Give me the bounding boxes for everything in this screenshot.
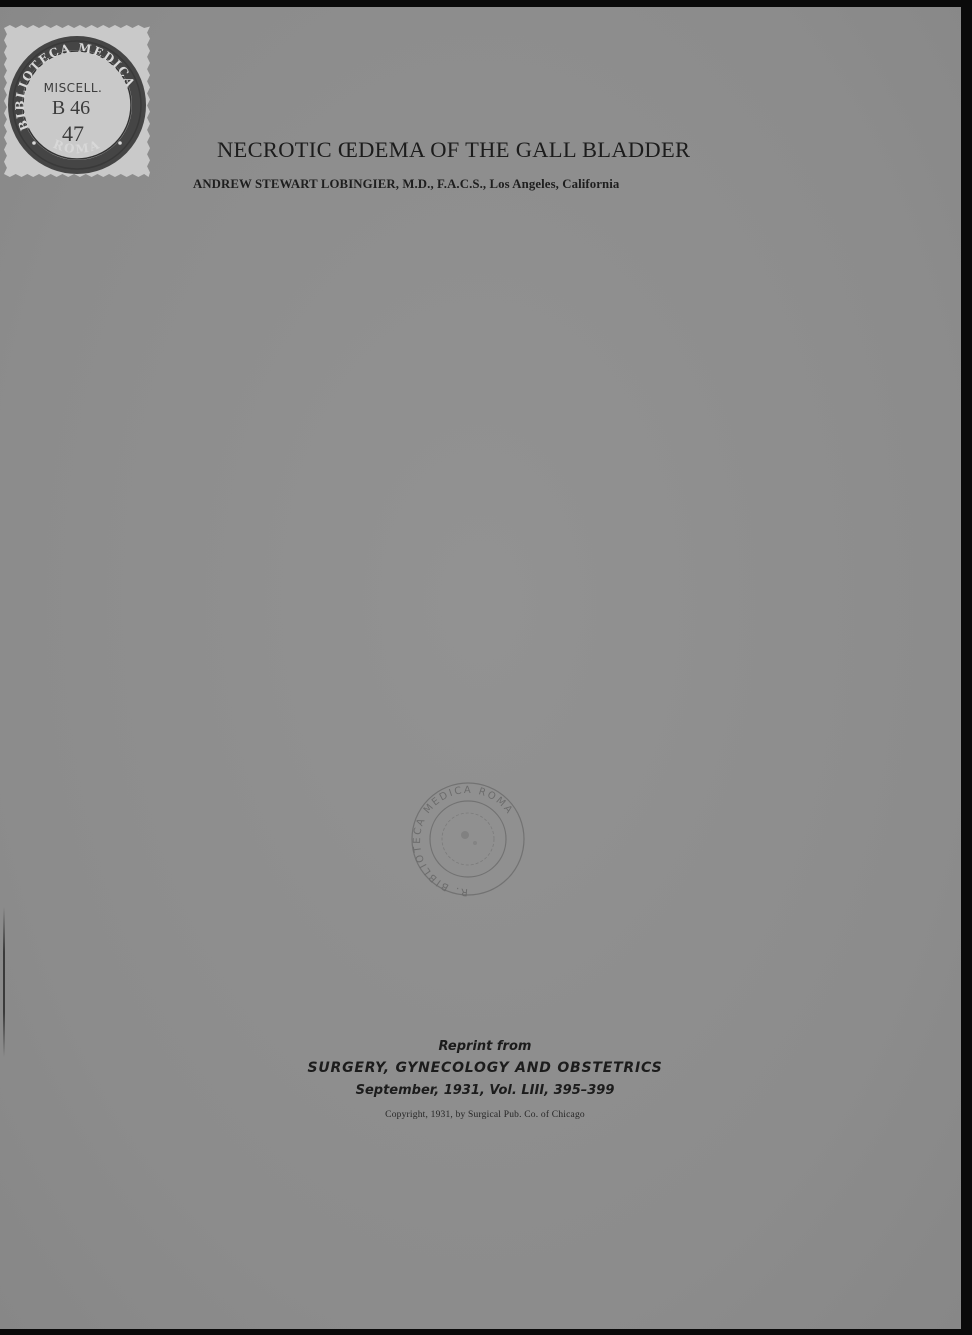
stamp-shelf-mark: B 46 xyxy=(0,97,144,120)
citation: September, 1931, Vol. LIII, 395–399 xyxy=(290,1083,680,1098)
faint-library-stamp-icon: R. BIBLIOTECA MEDICA ROMA xyxy=(405,779,531,899)
reprint-label: Reprint from xyxy=(290,1039,680,1054)
author-location: Los Angeles, California xyxy=(490,177,620,191)
journal-name: SURGERY, GYNECOLOGY AND OBSTETRICS xyxy=(290,1060,680,1076)
document-title: NECROTIC ŒDEMA OF THE GALL BLADDER xyxy=(217,137,737,163)
author-name: ANDREW STEWART LOBINGIER, M.D., F.A.C.S.… xyxy=(193,177,486,191)
scanned-page: BIBLIOTECA MEDICA ROMA MISCELL. B 46 47 … xyxy=(0,7,961,1329)
reprint-info: Reprint from SURGERY, GYNECOLOGY AND OBS… xyxy=(290,1037,680,1120)
stamp-collection: MISCELL. xyxy=(0,81,146,95)
library-stamp-label: BIBLIOTECA MEDICA ROMA MISCELL. B 46 47 xyxy=(4,25,150,177)
author-line: ANDREW STEWART LOBINGIER, M.D., F.A.C.S.… xyxy=(193,177,773,192)
copyright-notice: Copyright, 1931, by Surgical Pub. Co. of… xyxy=(290,1110,680,1120)
stamp-item-number: 47 xyxy=(0,121,146,147)
binding-shadow xyxy=(3,907,5,1057)
